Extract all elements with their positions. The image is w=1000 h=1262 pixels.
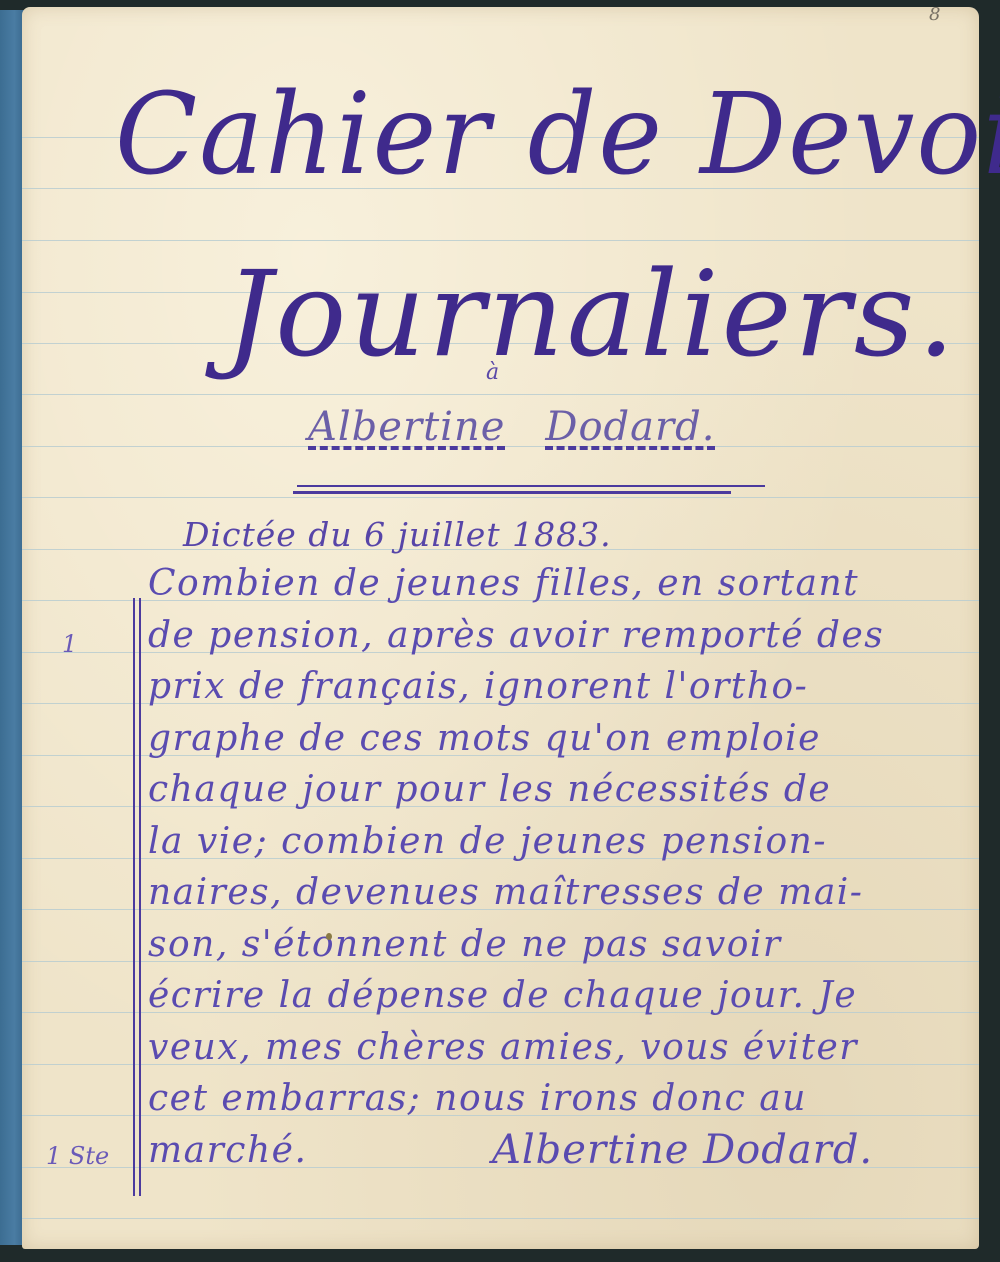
title-double-rule-bottom [293, 491, 731, 494]
dictation-line: cet embarras; nous irons donc au [148, 1078, 973, 1119]
by-label: à [486, 360, 499, 385]
dictation-line: naires, devenues maîtresses de mai- [148, 872, 973, 913]
margin-note-grade: 1 Ste [46, 1142, 109, 1170]
dictation-line: graphe de ces mots qu'on emploie [148, 718, 973, 759]
owner-last-name: Dodard. [545, 404, 715, 450]
ruled-line [22, 1218, 979, 1219]
ruled-line [22, 240, 979, 241]
ruled-line [22, 497, 979, 498]
ruled-line [22, 394, 979, 395]
margin-line-right [139, 598, 141, 1196]
paper-stain [326, 933, 332, 940]
signature: Albertine Dodard. [492, 1127, 873, 1173]
owner-name: AlbertineDodard. [308, 404, 755, 450]
dictation-line: la vie; combien de jeunes pension- [148, 821, 973, 862]
title-line-1: Cahier de Devoirs [115, 70, 1000, 200]
page-number: 8 [929, 4, 940, 25]
dictation-line: prix de français, ignorent l'ortho- [148, 666, 973, 707]
dictation-heading: Dictée du 6 juillet 1883. [183, 515, 612, 554]
dictation-line: Combien de jeunes filles, en sortant [148, 563, 973, 604]
dictation-line: veux, mes chères amies, vous éviter [148, 1027, 973, 1068]
dictation-line: chaque jour pour les nécessités de [148, 769, 973, 810]
notebook-cover-spine [0, 10, 24, 1245]
owner-first-name: Albertine [308, 404, 505, 450]
dictation-line: de pension, après avoir remporté des [148, 615, 973, 656]
margin-line-left [133, 598, 135, 1196]
dictation-line: écrire la dépense de chaque jour. Je [148, 975, 973, 1016]
title-double-rule-top [297, 485, 765, 487]
margin-note-mark: 1 [62, 630, 77, 658]
dictation-line: son, s'étonnent de ne pas savoir [148, 924, 973, 965]
title-line-2: Journaliers. [225, 245, 958, 383]
